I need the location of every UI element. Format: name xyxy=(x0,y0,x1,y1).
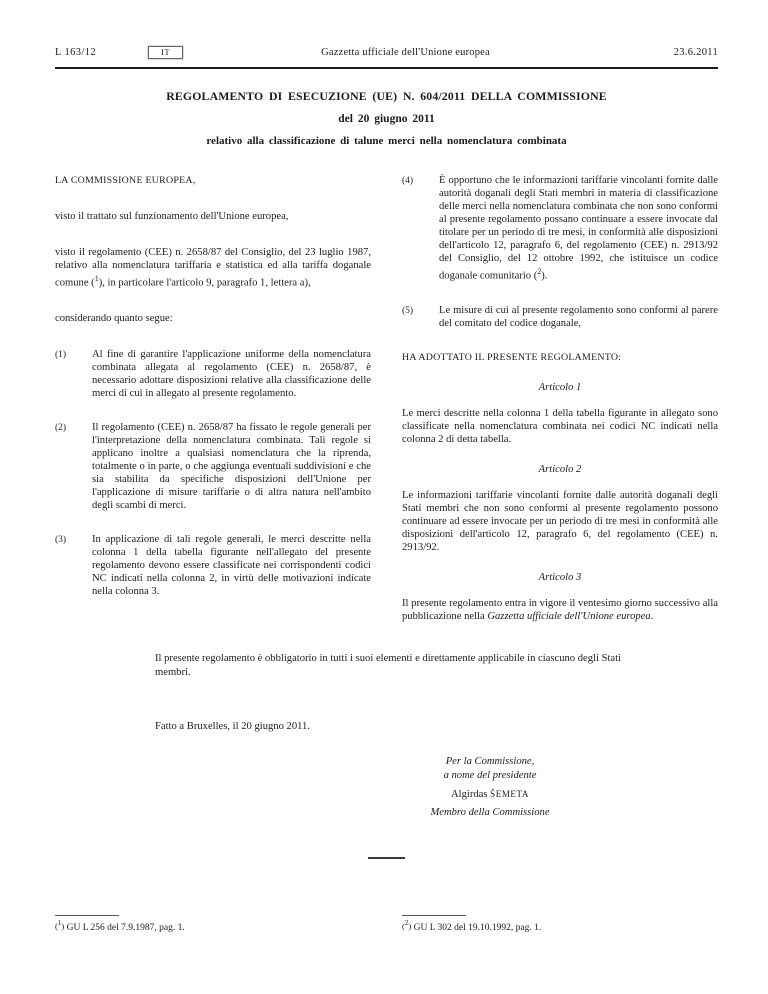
recital-2-text: Il regolamento (CEE) n. 2658/87 ha fissa… xyxy=(92,421,371,512)
recital-2: (2) Il regolamento (CEE) n. 2658/87 ha f… xyxy=(55,421,371,512)
footnote-2-marker-sup: 2 xyxy=(405,919,409,927)
article-3-body: Il presente regolamento entra in vigore … xyxy=(402,597,718,623)
signatory-title: Membro della Commissione xyxy=(350,806,630,820)
footnote-1-marker: (1) xyxy=(55,921,64,931)
footnote-1: (1) GU L 256 del 7.9.1987, pag. 1. xyxy=(55,915,371,933)
article-1-body: Le merci descritte nella colonna 1 della… xyxy=(402,407,718,446)
recital-4: (4) È opportuno che le informazioni tari… xyxy=(402,174,718,283)
header-date: 23.6.2011 xyxy=(628,47,718,58)
article-2-title: Articolo 2 xyxy=(402,463,718,476)
issue-number: L 163/12 xyxy=(55,47,127,58)
recital-4-text-start: È opportuno che le informazioni tariffar… xyxy=(439,175,718,282)
article-3-text-end: . xyxy=(651,611,654,622)
footnote-2-text: GU L 302 del 19.10.1992, pag. 1. xyxy=(414,923,542,933)
recital-4-number: (4) xyxy=(402,174,439,283)
article-3-journal-reference: Gazzetta ufficiale dell'Unione europea xyxy=(487,611,650,622)
place-and-date: Fatto a Bruxelles, il 20 giugno 2011. xyxy=(155,720,621,734)
footnote-1-marker-sup: 1 xyxy=(58,919,62,927)
footnote-1-text: GU L 256 del 7.9.1987, pag. 1. xyxy=(67,923,185,933)
left-column: LA COMMISSIONE EUROPEA, visto il trattat… xyxy=(55,174,371,623)
language-badge: IT xyxy=(148,46,183,59)
recital-3-number: (3) xyxy=(55,533,92,598)
recital-4-text: È opportuno che le informazioni tariffar… xyxy=(439,174,718,283)
journal-title: Gazzetta ufficiale dell'Unione europea xyxy=(183,47,628,58)
recital-1: (1) Al fine di garantire l'applicazione … xyxy=(55,348,371,400)
signature-block: Per la Commissione, a nome del president… xyxy=(350,755,630,820)
footnotes-section: (1) GU L 256 del 7.9.1987, pag. 1. (2) G… xyxy=(55,915,718,933)
binding-clause: Il presente regolamento è obbligatorio i… xyxy=(155,652,621,680)
considering-line: considerando quanto segue: xyxy=(55,312,371,325)
recital-2-number: (2) xyxy=(55,421,92,512)
signature-role-line: a nome del presidente xyxy=(350,769,630,783)
signatory-name: Algirdas ŠEMETA xyxy=(350,787,630,802)
footnote-2-marker: (2) xyxy=(402,921,411,931)
signatory-last-name: ŠEMETA xyxy=(490,789,529,799)
preamble-opening: LA COMMISSIONE EUROPEA, xyxy=(55,174,371,187)
footnote-2-rule xyxy=(402,915,466,916)
recital-3-text: In applicazione di tali regole generali,… xyxy=(92,533,371,598)
recital-4-text-end: ). xyxy=(541,271,547,282)
end-of-act-divider xyxy=(368,857,405,859)
act-subject-line: relativo alla classificazione di talune … xyxy=(55,135,718,147)
signature-on-behalf: Per la Commissione, xyxy=(350,755,630,769)
act-title: REGOLAMENTO DI ESECUZIONE (UE) N. 604/20… xyxy=(55,89,718,104)
citation-regulation-text-end: ), in particolare l'articolo 9, paragraf… xyxy=(99,278,311,289)
official-journal-page: L 163/12 IT Gazzetta ufficiale dell'Unio… xyxy=(0,0,768,994)
recital-3: (3) In applicazione di tali regole gener… xyxy=(55,533,371,598)
adoption-formula: HA ADOTTATO IL PRESENTE REGOLAMENTO: xyxy=(402,351,718,364)
act-date-line: del 20 giugno 2011 xyxy=(55,113,718,125)
citation-regulation: visto il regolamento (CEE) n. 2658/87 de… xyxy=(55,246,371,290)
article-1-title: Articolo 1 xyxy=(402,381,718,394)
citation-treaty: visto il trattato sul funzionamento dell… xyxy=(55,210,371,223)
article-2-body: Le informazioni tariffarie vincolanti fo… xyxy=(402,489,718,554)
running-header: L 163/12 IT Gazzetta ufficiale dell'Unio… xyxy=(55,0,718,69)
footnote-1-rule xyxy=(55,915,119,916)
footnote-2: (2) GU L 302 del 19.10.1992, pag. 1. xyxy=(402,915,718,933)
act-title-block: REGOLAMENTO DI ESECUZIONE (UE) N. 604/20… xyxy=(55,89,718,147)
recital-5: (5) Le misure di cui al presente regolam… xyxy=(402,304,718,330)
signatory-first-name: Algirdas xyxy=(451,789,487,800)
article-3-title: Articolo 3 xyxy=(402,571,718,584)
recital-1-number: (1) xyxy=(55,348,92,400)
two-column-body: LA COMMISSIONE EUROPEA, visto il trattat… xyxy=(55,174,718,623)
page-content: L 163/12 IT Gazzetta ufficiale dell'Unio… xyxy=(55,0,718,859)
recital-1-text: Al fine di garantire l'applicazione unif… xyxy=(92,348,371,400)
right-column: (4) È opportuno che le informazioni tari… xyxy=(402,174,718,623)
closing-block: Il presente regolamento è obbligatorio i… xyxy=(155,652,621,734)
recital-5-text: Le misure di cui al presente regolamento… xyxy=(439,304,718,330)
recital-5-number: (5) xyxy=(402,304,439,330)
